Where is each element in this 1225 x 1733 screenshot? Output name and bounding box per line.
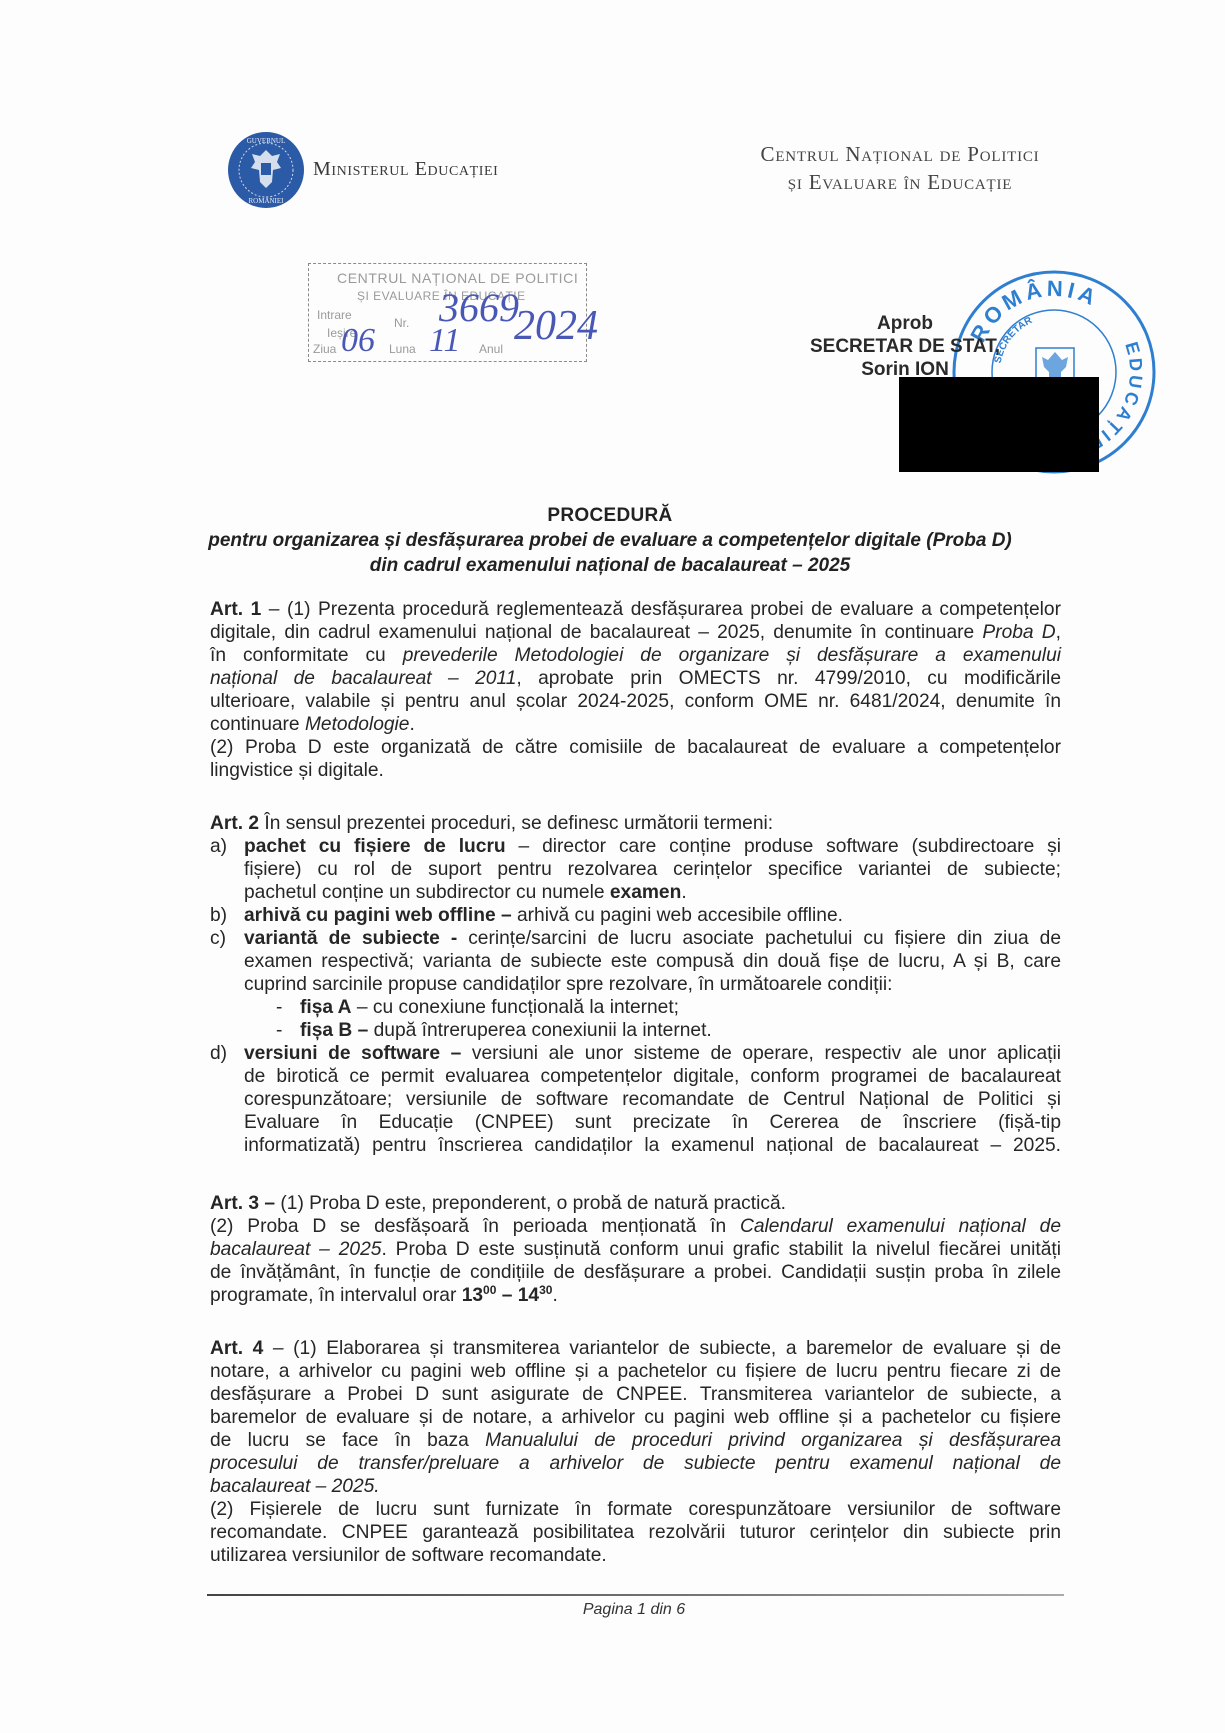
approval-label: Aprob (790, 312, 1020, 335)
definition-c: variantă de subiecte - cerințe/sarcini d… (244, 927, 1061, 950)
subitem-fisa-a: fișa A – cu conexiune funcțională la int… (300, 996, 1061, 1019)
cnpee-name: Centrul Național de Politici și Evaluare… (700, 140, 1100, 196)
definition-a: pachet cu fișiere de lucru – director ca… (244, 835, 1061, 858)
approval-block: Aprob SECRETAR DE STAT, Sorin ION (790, 312, 1020, 381)
svg-text:GUVERNUL: GUVERNUL (247, 137, 286, 145)
government-seal-icon: GUVERNUL ROMÂNIEI (226, 130, 306, 210)
exam-time-interval: 1300 – 1430 (462, 1285, 553, 1306)
redacted-signature (899, 377, 1099, 472)
registry-stamp: CENTRUL NAȚIONAL DE POLITICI ȘI EVALUARE… (308, 263, 587, 362)
document-subtitle-line2: din cadrul examenului național de bacala… (200, 555, 1020, 577)
definition-d: versiuni de software – versiuni ale unor… (244, 1042, 1061, 1065)
approver-title: SECRETAR DE STAT, (790, 335, 1020, 358)
svg-text:ROMÂNIEI: ROMÂNIEI (249, 197, 285, 205)
definition-b: arhivă cu pagini web offline – arhivă cu… (244, 904, 1061, 927)
registry-year: 2024 (514, 302, 598, 350)
page-number: Pagina 1 din 6 (200, 1601, 1068, 1619)
ministry-name: Ministerul Educației (313, 158, 498, 181)
footer-divider (207, 1594, 1064, 1596)
subitem-fisa-b: fișa B – după întreruperea conexiunii la… (300, 1019, 1061, 1042)
registry-month: 11 (429, 322, 460, 360)
document-page: GUVERNUL ROMÂNIEI Ministerul Educației C… (0, 0, 1225, 1733)
document-heading: PROCEDURĂ (200, 505, 1020, 527)
registry-day: 06 (341, 322, 375, 360)
document-subtitle-line1: pentru organizarea și desfășurarea probe… (200, 530, 1020, 552)
